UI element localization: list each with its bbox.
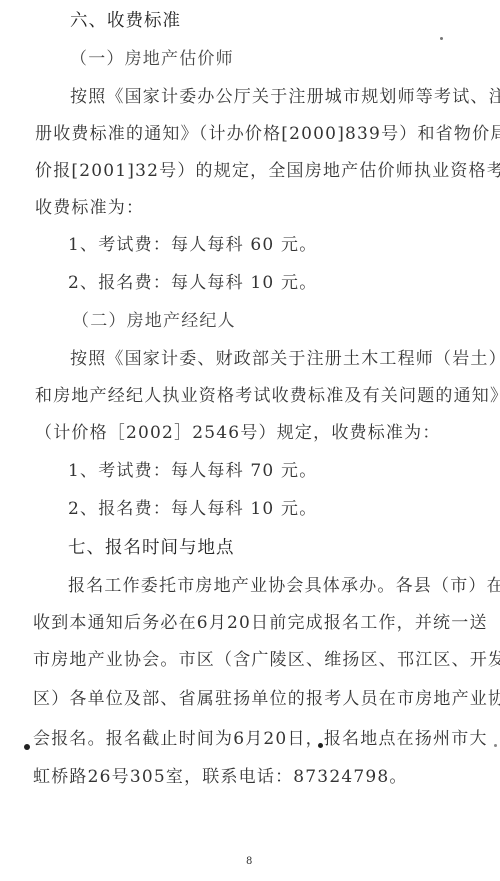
fee-item-registration: 2、报名费：每人每科 10 元。: [68, 272, 317, 294]
subsection-1-heading: （一）房地产估价师: [70, 48, 234, 70]
section-7-heading: 七、报名时间与地点: [68, 537, 235, 559]
paragraph-line: 按照《国家计委、财政部关于注册土木工程师（岩土）: [70, 348, 500, 370]
section-6-heading: 六、收费标准: [70, 10, 181, 32]
paragraph-line: （计价格［2002］2546号）规定，收费标准为：: [35, 422, 441, 444]
page-number: 8: [246, 856, 252, 867]
subsection-2-heading: （二）房地产经纪人: [72, 310, 236, 332]
fee-item-exam: 1、考试费：每人每科 60 元。: [68, 234, 317, 256]
scan-speck: [440, 37, 443, 40]
scanned-document-page: 六、收费标准 （一）房地产估价师 按照《国家计委办公厅关于注册城市规划师等考试、…: [0, 0, 500, 881]
paragraph-line: 价报[2001]32号）的规定，全国房地产估价师执业资格考试: [35, 160, 500, 182]
scan-speck: [24, 744, 30, 750]
paragraph-line: 区）各单位及部、省属驻扬单位的报考人员在市房地产业协: [33, 688, 500, 710]
scan-speck: [494, 744, 497, 747]
paragraph-line: 收费标准为：: [35, 197, 144, 219]
paragraph-line: 和房地产经纪人执业资格考试收费标准及有关问题的通知》: [35, 385, 500, 407]
paragraph-line: 会报名。报名截止时间为6月20日，报名地点在扬州市大: [33, 728, 488, 750]
paragraph-line: 收到本通知后务必在6月20日前完成报名工作，并统一送: [33, 612, 488, 634]
paragraph-line: 市房地产业协会。市区（含广陵区、维扬区、邗江区、开发: [33, 649, 500, 671]
scan-speck: [318, 743, 323, 748]
fee-item-exam: 1、考试费：每人每科 70 元。: [68, 460, 317, 482]
paragraph-line: 报名工作委托市房地产业协会具体承办。各县（市）在: [68, 575, 500, 597]
paragraph-line: 按照《国家计委办公厅关于注册城市规划师等考试、注: [70, 86, 500, 108]
paragraph-line: 虹桥路26号305室，联系电话：87324798。: [33, 766, 408, 788]
paragraph-line: 册收费标准的通知》（计办价格[2000]839号）和省物价局（苏: [35, 123, 500, 145]
fee-item-registration: 2、报名费：每人每科 10 元。: [68, 498, 317, 520]
